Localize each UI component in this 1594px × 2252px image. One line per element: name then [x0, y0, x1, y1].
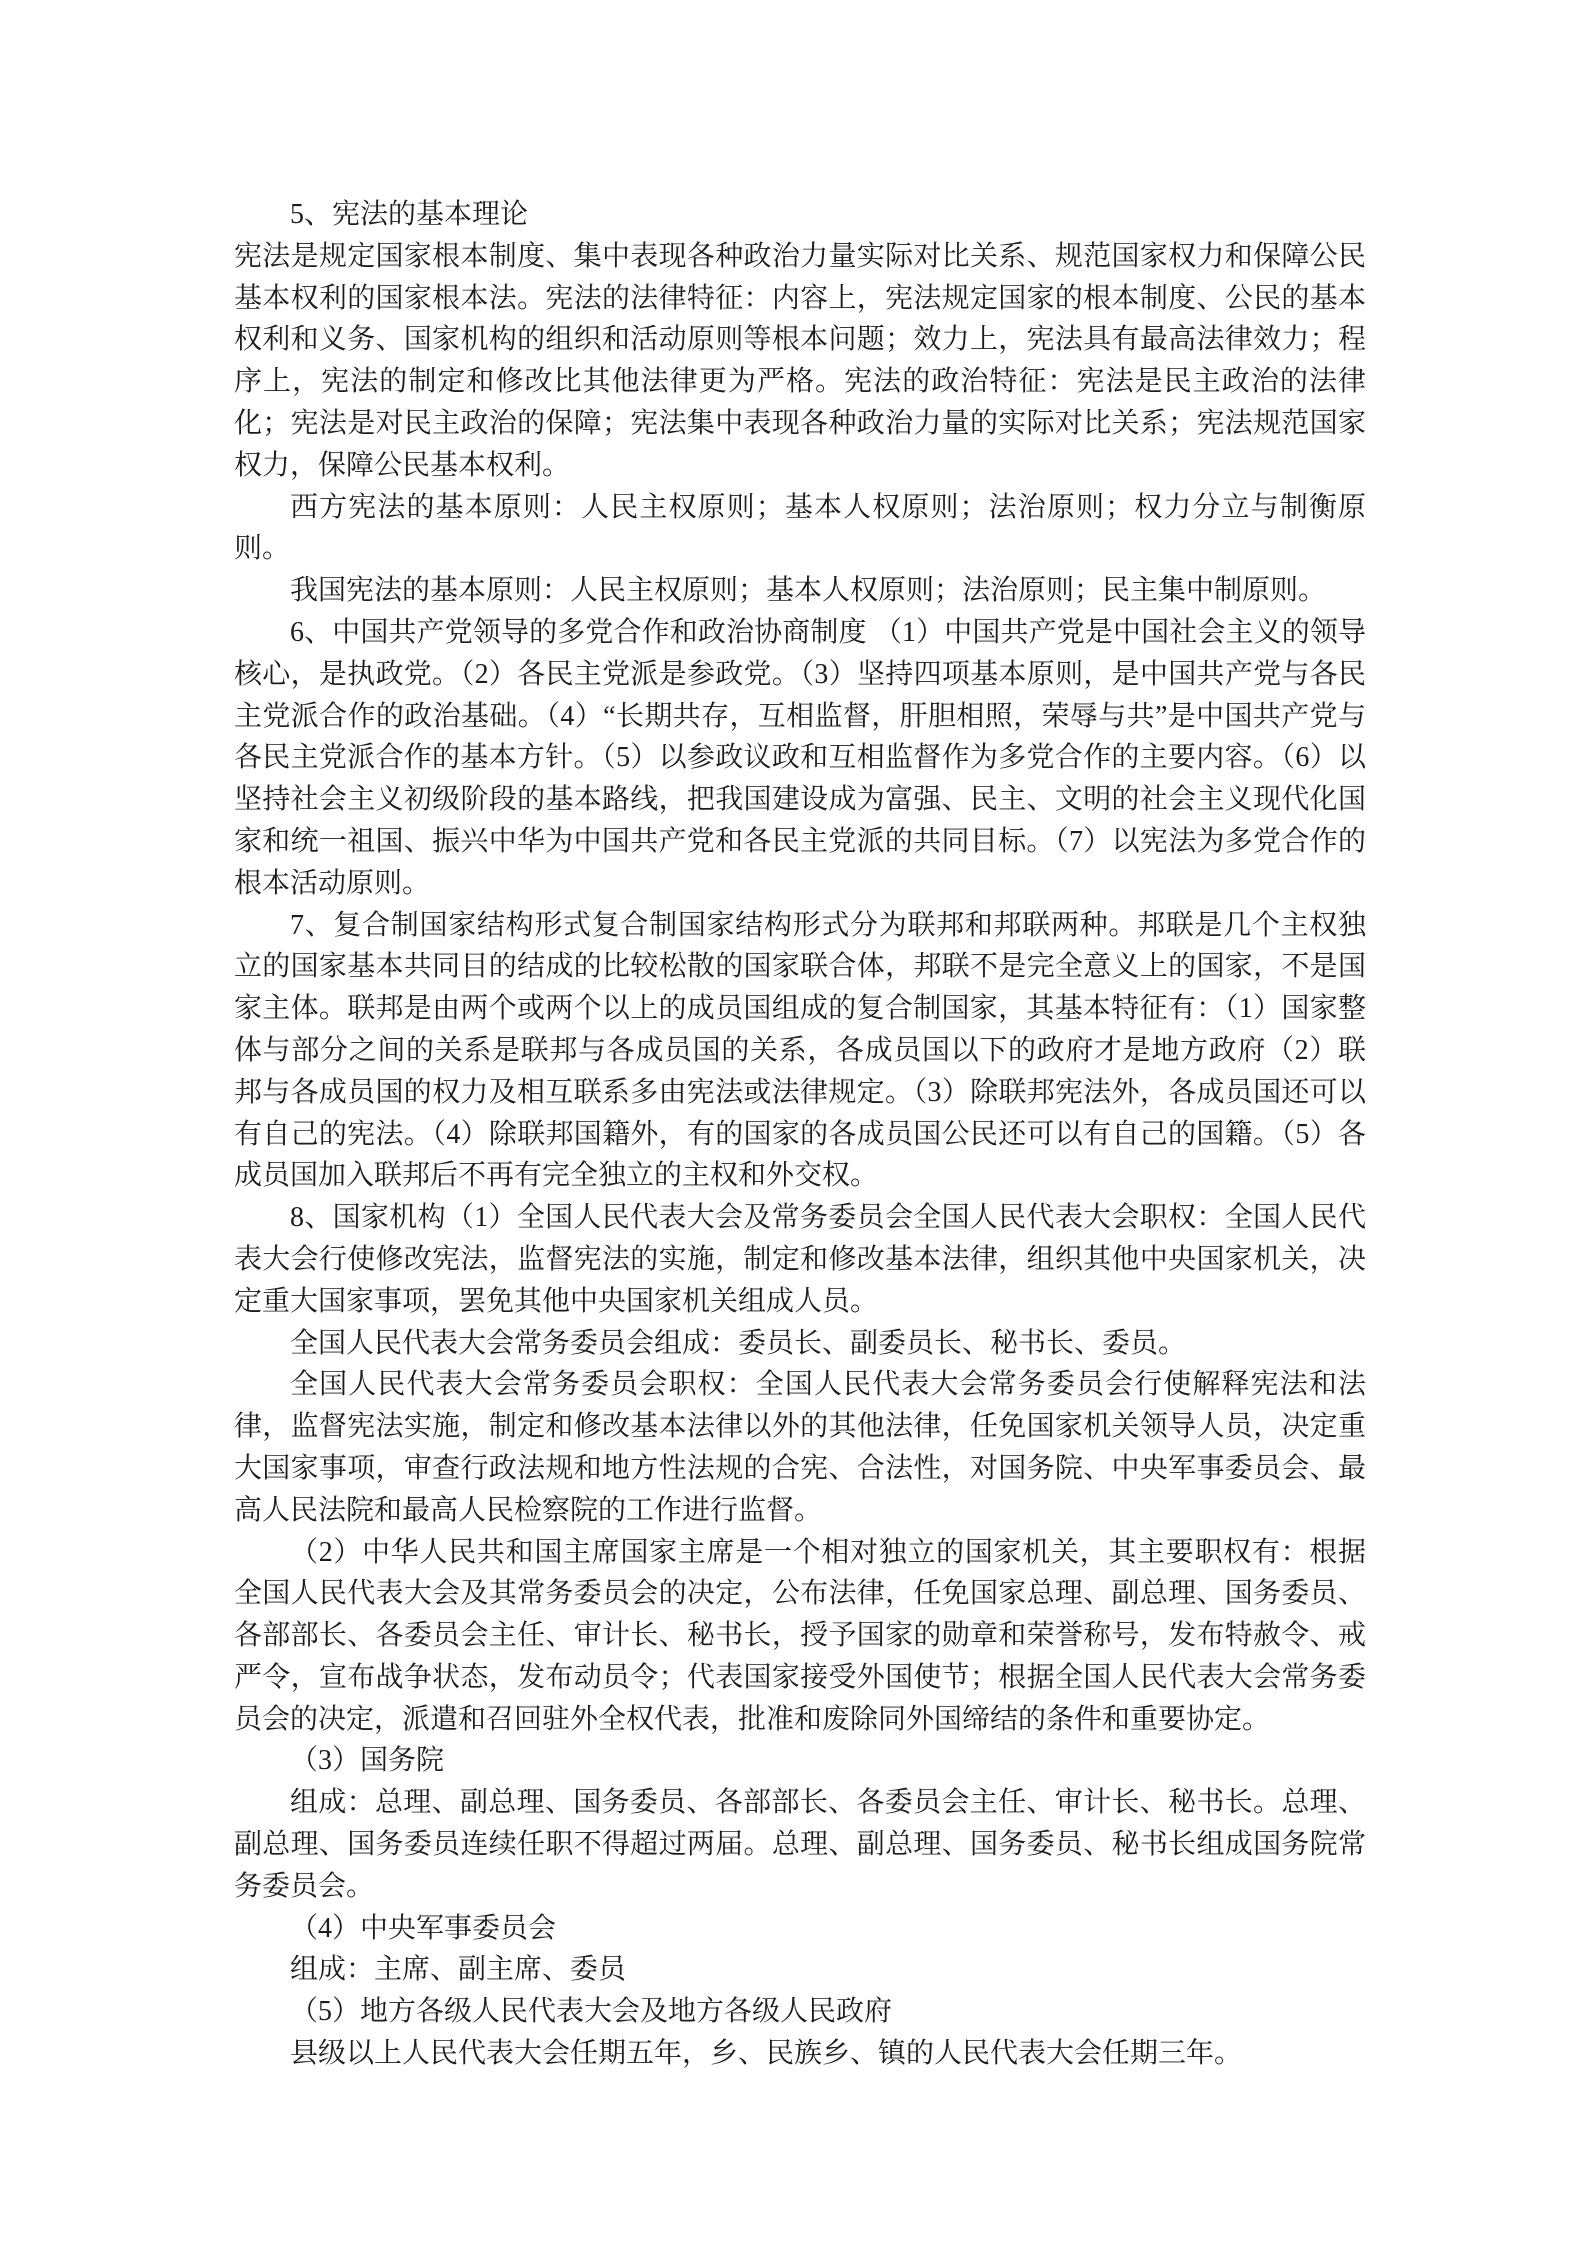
paragraph-president: （2）中华人民共和国主席国家主席是一个相对独立的国家机关，其主要职权有：根据全国…: [234, 1532, 1366, 1741]
paragraph-state-council-title: （3）国务院: [234, 1740, 1366, 1782]
paragraph-section-6-multiparty: 6、中国共产党领导的多党合作和政治协商制度 （1）中国共产党是中国社会主义的领导…: [234, 612, 1366, 905]
paragraph-cmc-title: （4）中央军事委员会: [234, 1908, 1366, 1950]
paragraph-npcsc-composition: 全国人民代表大会常务委员会组成：委员长、副委员长、秘书长、委员。: [234, 1323, 1366, 1365]
paragraph-local-congress-term: 县级以上人民代表大会任期五年，乡、民族乡、镇的人民代表大会任期三年。: [234, 2033, 1366, 2075]
paragraph-state-council-comp: 组成：总理、副总理、国务委员、各部部长、各委员会主任、审计长、秘书长。总理、副总…: [234, 1782, 1366, 1907]
section-heading-5: 5、宪法的基本理论: [234, 194, 1366, 236]
paragraph-local-congress-title: （5）地方各级人民代表大会及地方各级人民政府: [234, 1991, 1366, 2033]
paragraph-section-8-npc: 8、国家机构（1）全国人民代表大会及常务委员会全国人民代表大会职权：全国人民代表…: [234, 1197, 1366, 1322]
paragraph-constitution-theory: 宪法是规定国家根本制度、集中表现各种政治力量实际对比关系、规范国家权力和保障公民…: [234, 236, 1366, 487]
paragraph-section-7-federation: 7、复合制国家结构形式复合制国家结构形式分为联邦和邦联两种。邦联是几个主权独立的…: [234, 905, 1366, 1198]
paragraph-western-principles: 西方宪法的基本原则：人民主权原则；基本人权原则；法治原则；权力分立与制衡原则。: [234, 487, 1366, 571]
document-body: 5、宪法的基本理论 宪法是规定国家根本制度、集中表现各种政治力量实际对比关系、规…: [234, 194, 1366, 2075]
paragraph-china-principles: 我国宪法的基本原则：人民主权原则；基本人权原则；法治原则；民主集中制原则。: [234, 570, 1366, 612]
paragraph-cmc-composition: 组成：主席、副主席、委员: [234, 1949, 1366, 1991]
paragraph-npcsc-powers: 全国人民代表大会常务委员会职权：全国人民代表大会常务委员会行使解释宪法和法律，监…: [234, 1364, 1366, 1531]
document-page: 5、宪法的基本理论 宪法是规定国家根本制度、集中表现各种政治力量实际对比关系、规…: [0, 0, 1594, 2252]
